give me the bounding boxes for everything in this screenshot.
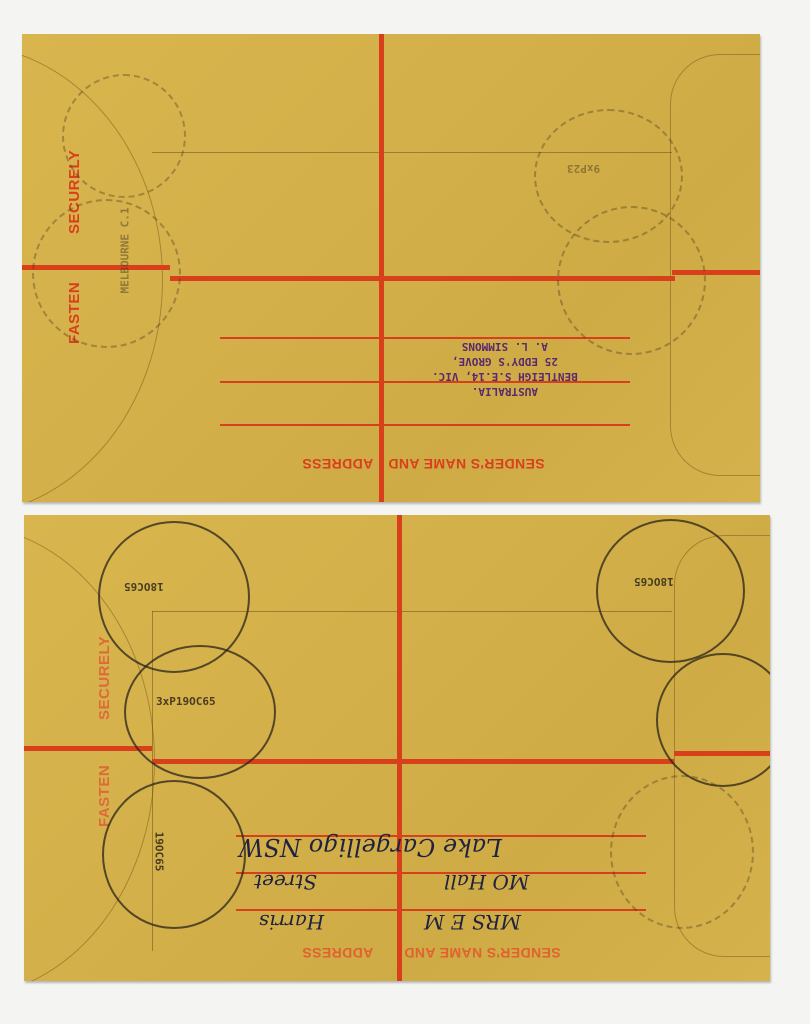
- sender-country: AUSTRALIA.: [432, 384, 578, 399]
- handwritten-addressee: MRS E M: [424, 910, 521, 934]
- address-label: ADDRESS: [302, 945, 373, 961]
- postmark-text: MELBOURNE C.1: [119, 207, 132, 293]
- handwritten-street-name: Harris: [259, 910, 324, 934]
- envelope-bottom: FASTEN SECURELY ADDRESS SENDER'S NAME AN…: [24, 515, 770, 981]
- sender-street: 25 EDDY'S GROVE,: [432, 354, 578, 369]
- sender-name: A. L. SIMMONS: [432, 339, 578, 354]
- handwritten-street: Street: [254, 870, 317, 894]
- postmark: [32, 199, 181, 348]
- handwritten-hall: MO Hall: [444, 870, 529, 894]
- postmark-date: 18OC65: [124, 580, 164, 593]
- address-line: [220, 424, 630, 426]
- postmark-date: 9xP23: [567, 162, 600, 175]
- red-cross-vertical: [379, 34, 384, 502]
- postmark-date: 3xP19OC65: [156, 695, 216, 708]
- postmark-lake-cargelligo: [596, 519, 745, 663]
- senders-name-label: SENDER'S NAME AND: [404, 945, 561, 961]
- sender-suburb: BENTLEIGH S.E.14, VIC.: [432, 369, 578, 384]
- postmark: [62, 74, 186, 198]
- red-cross-vertical: [397, 515, 402, 981]
- postmark-cootamundra: [610, 775, 754, 929]
- red-cross-horizontal-left: [24, 746, 152, 751]
- postmark-date: 19OC65: [152, 832, 165, 872]
- securely-label: SECURELY: [96, 636, 113, 720]
- envelope-top: FASTEN SECURELY ADDRESS SENDER'S NAME AN…: [22, 34, 760, 502]
- senders-name-label: SENDER'S NAME AND: [388, 456, 545, 472]
- address-label: ADDRESS: [302, 456, 373, 472]
- postmark-registered-melbourne: [124, 645, 276, 779]
- postmark-cootamundra: [102, 780, 246, 929]
- sender-return-stamp: AUSTRALIA. BENTLEIGH S.E.14, VIC. 25 EDD…: [432, 339, 578, 399]
- handwritten-town: Lake Cargelligo NSW: [239, 833, 502, 861]
- postmark: [557, 206, 706, 355]
- postmark-date: 18OC65: [634, 575, 674, 588]
